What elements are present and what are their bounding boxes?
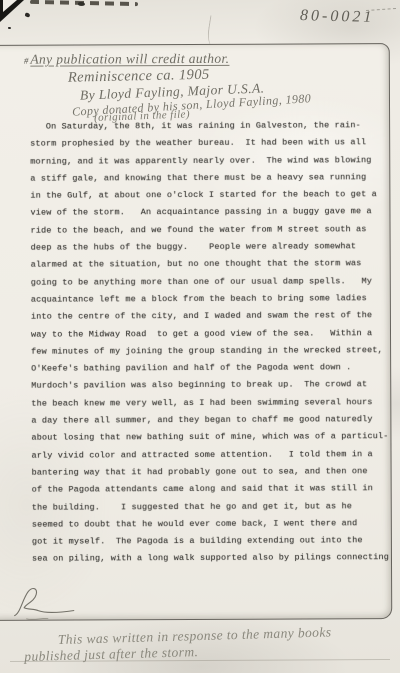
typed-page: #Any publication will credit author. Rem… xyxy=(0,43,392,621)
typed-line: alarmed at the situation, but no one tho… xyxy=(31,256,379,275)
typed-line: seemed to doubt that he would ever come … xyxy=(32,515,380,534)
typed-line: a stiff gale, and knowing that there mus… xyxy=(30,169,378,188)
typed-line: got it myself. The Pagoda is a building … xyxy=(32,532,380,551)
typed-line: sea on piling, with a long walk supporte… xyxy=(32,550,380,569)
scanned-document: 80-0021 #Any publication will credit aut… xyxy=(0,0,400,673)
ink-speck xyxy=(24,12,30,17)
typed-line: O'Keefe's bathing pavilion and half of t… xyxy=(31,359,379,378)
bottom-annotation: This was written in response to the many… xyxy=(24,623,381,664)
typed-line: about losing that new bathing suit of mi… xyxy=(31,429,379,448)
paper-crease xyxy=(206,15,222,46)
typed-line: view of the storm. An acquaintance passi… xyxy=(30,204,378,223)
typed-line: acquaintance left me a block from the be… xyxy=(31,290,379,309)
pencil-mark-icon: # xyxy=(24,56,29,66)
top-annotations: #Any publication will credit author. Rem… xyxy=(0,44,389,46)
typed-line: of the Pagoda attendants came along and … xyxy=(32,480,380,499)
typed-line: few minutes of my joining the group stan… xyxy=(31,342,379,361)
typed-line: in the Gulf, at about one o'clock I star… xyxy=(30,186,378,205)
typed-line: arly vivid color and attracted some atte… xyxy=(32,446,380,465)
typed-line: a day there all summer, and they began t… xyxy=(31,411,379,430)
typed-line: the building. I suggested that he go and… xyxy=(32,498,380,517)
typed-line: bantering way that it had probably gone … xyxy=(32,463,380,482)
ink-speck xyxy=(78,2,85,6)
typed-line: storm prophesied by the weather bureau. … xyxy=(30,134,378,153)
typed-line: the beach knew me very well, as I had be… xyxy=(31,394,379,413)
pencil-scribble xyxy=(12,585,76,621)
ink-speck xyxy=(8,27,11,29)
typed-line: deep as the hubs of the buggy. People we… xyxy=(31,238,379,257)
typed-line: ride to the beach, and we found the wate… xyxy=(31,221,379,240)
torn-corner xyxy=(0,0,24,22)
typed-line: into the centre of the city, and I waded… xyxy=(31,307,379,326)
typed-text-block: On Saturday, the 8th, it was raining in … xyxy=(30,117,380,568)
credit-note: Any publication will credit author. xyxy=(30,51,229,67)
typed-line: On Saturday, the 8th, it was raining in … xyxy=(30,117,378,136)
typed-line: morning, and it was apparently nearly ov… xyxy=(30,152,378,171)
archive-number: 80-0021 xyxy=(300,7,375,27)
credit-note-line: #Any publication will credit author. xyxy=(24,51,230,68)
typed-line: going to be anything more than one of ou… xyxy=(31,273,379,292)
typed-line: way to the Midway Road to get a good vie… xyxy=(31,325,379,344)
typed-line: Murdoch's pavilion was also beginning to… xyxy=(31,377,379,396)
